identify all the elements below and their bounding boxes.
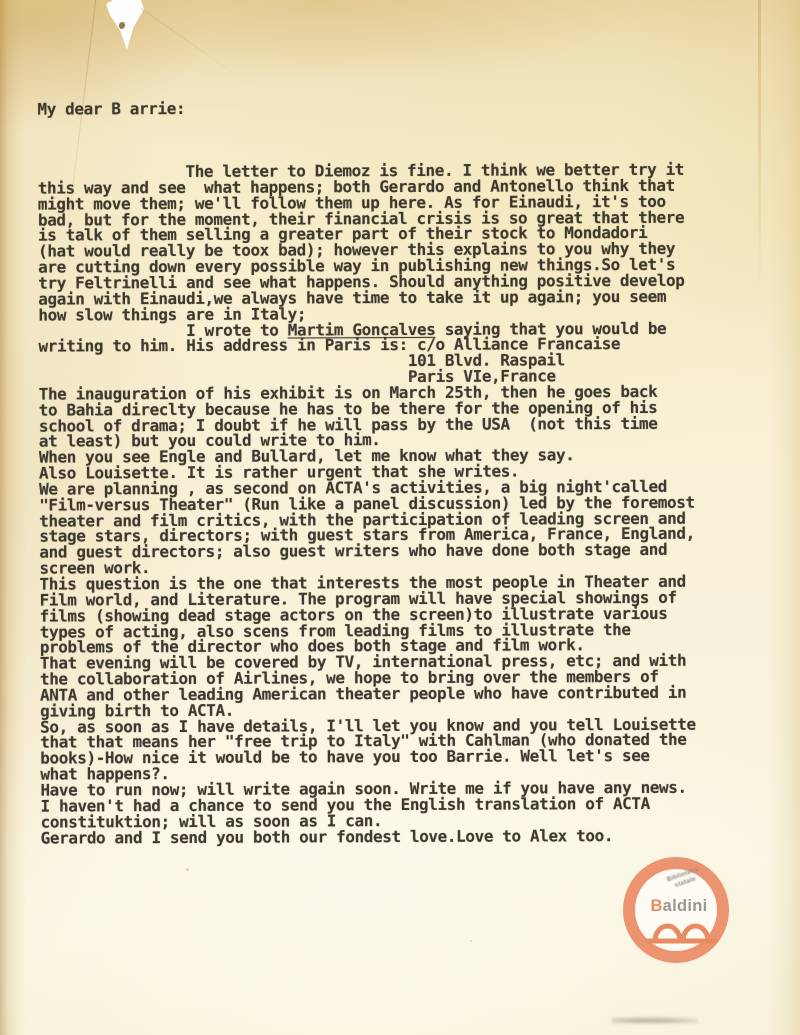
letter-body: The letter to Diemoz is fine. I think we… [38, 161, 771, 845]
stamp-name: Baldini [626, 897, 732, 916]
letter-line: Gerardo and I send you both our fondest … [41, 827, 771, 846]
baldini-library-stamp: Biblioteca statale Baldini [620, 855, 732, 967]
stamp-name-rest: aldini [663, 897, 708, 915]
paper-speck [470, 940, 472, 942]
letter-salutation: My dear B arrie: [37, 98, 767, 117]
stamp-name-initial: B [650, 897, 662, 915]
typewritten-letter: My dear B arrie: The letter to Diemoz is… [37, 66, 770, 861]
ink-smudge [612, 1016, 698, 1025]
paper-speck [186, 868, 189, 871]
